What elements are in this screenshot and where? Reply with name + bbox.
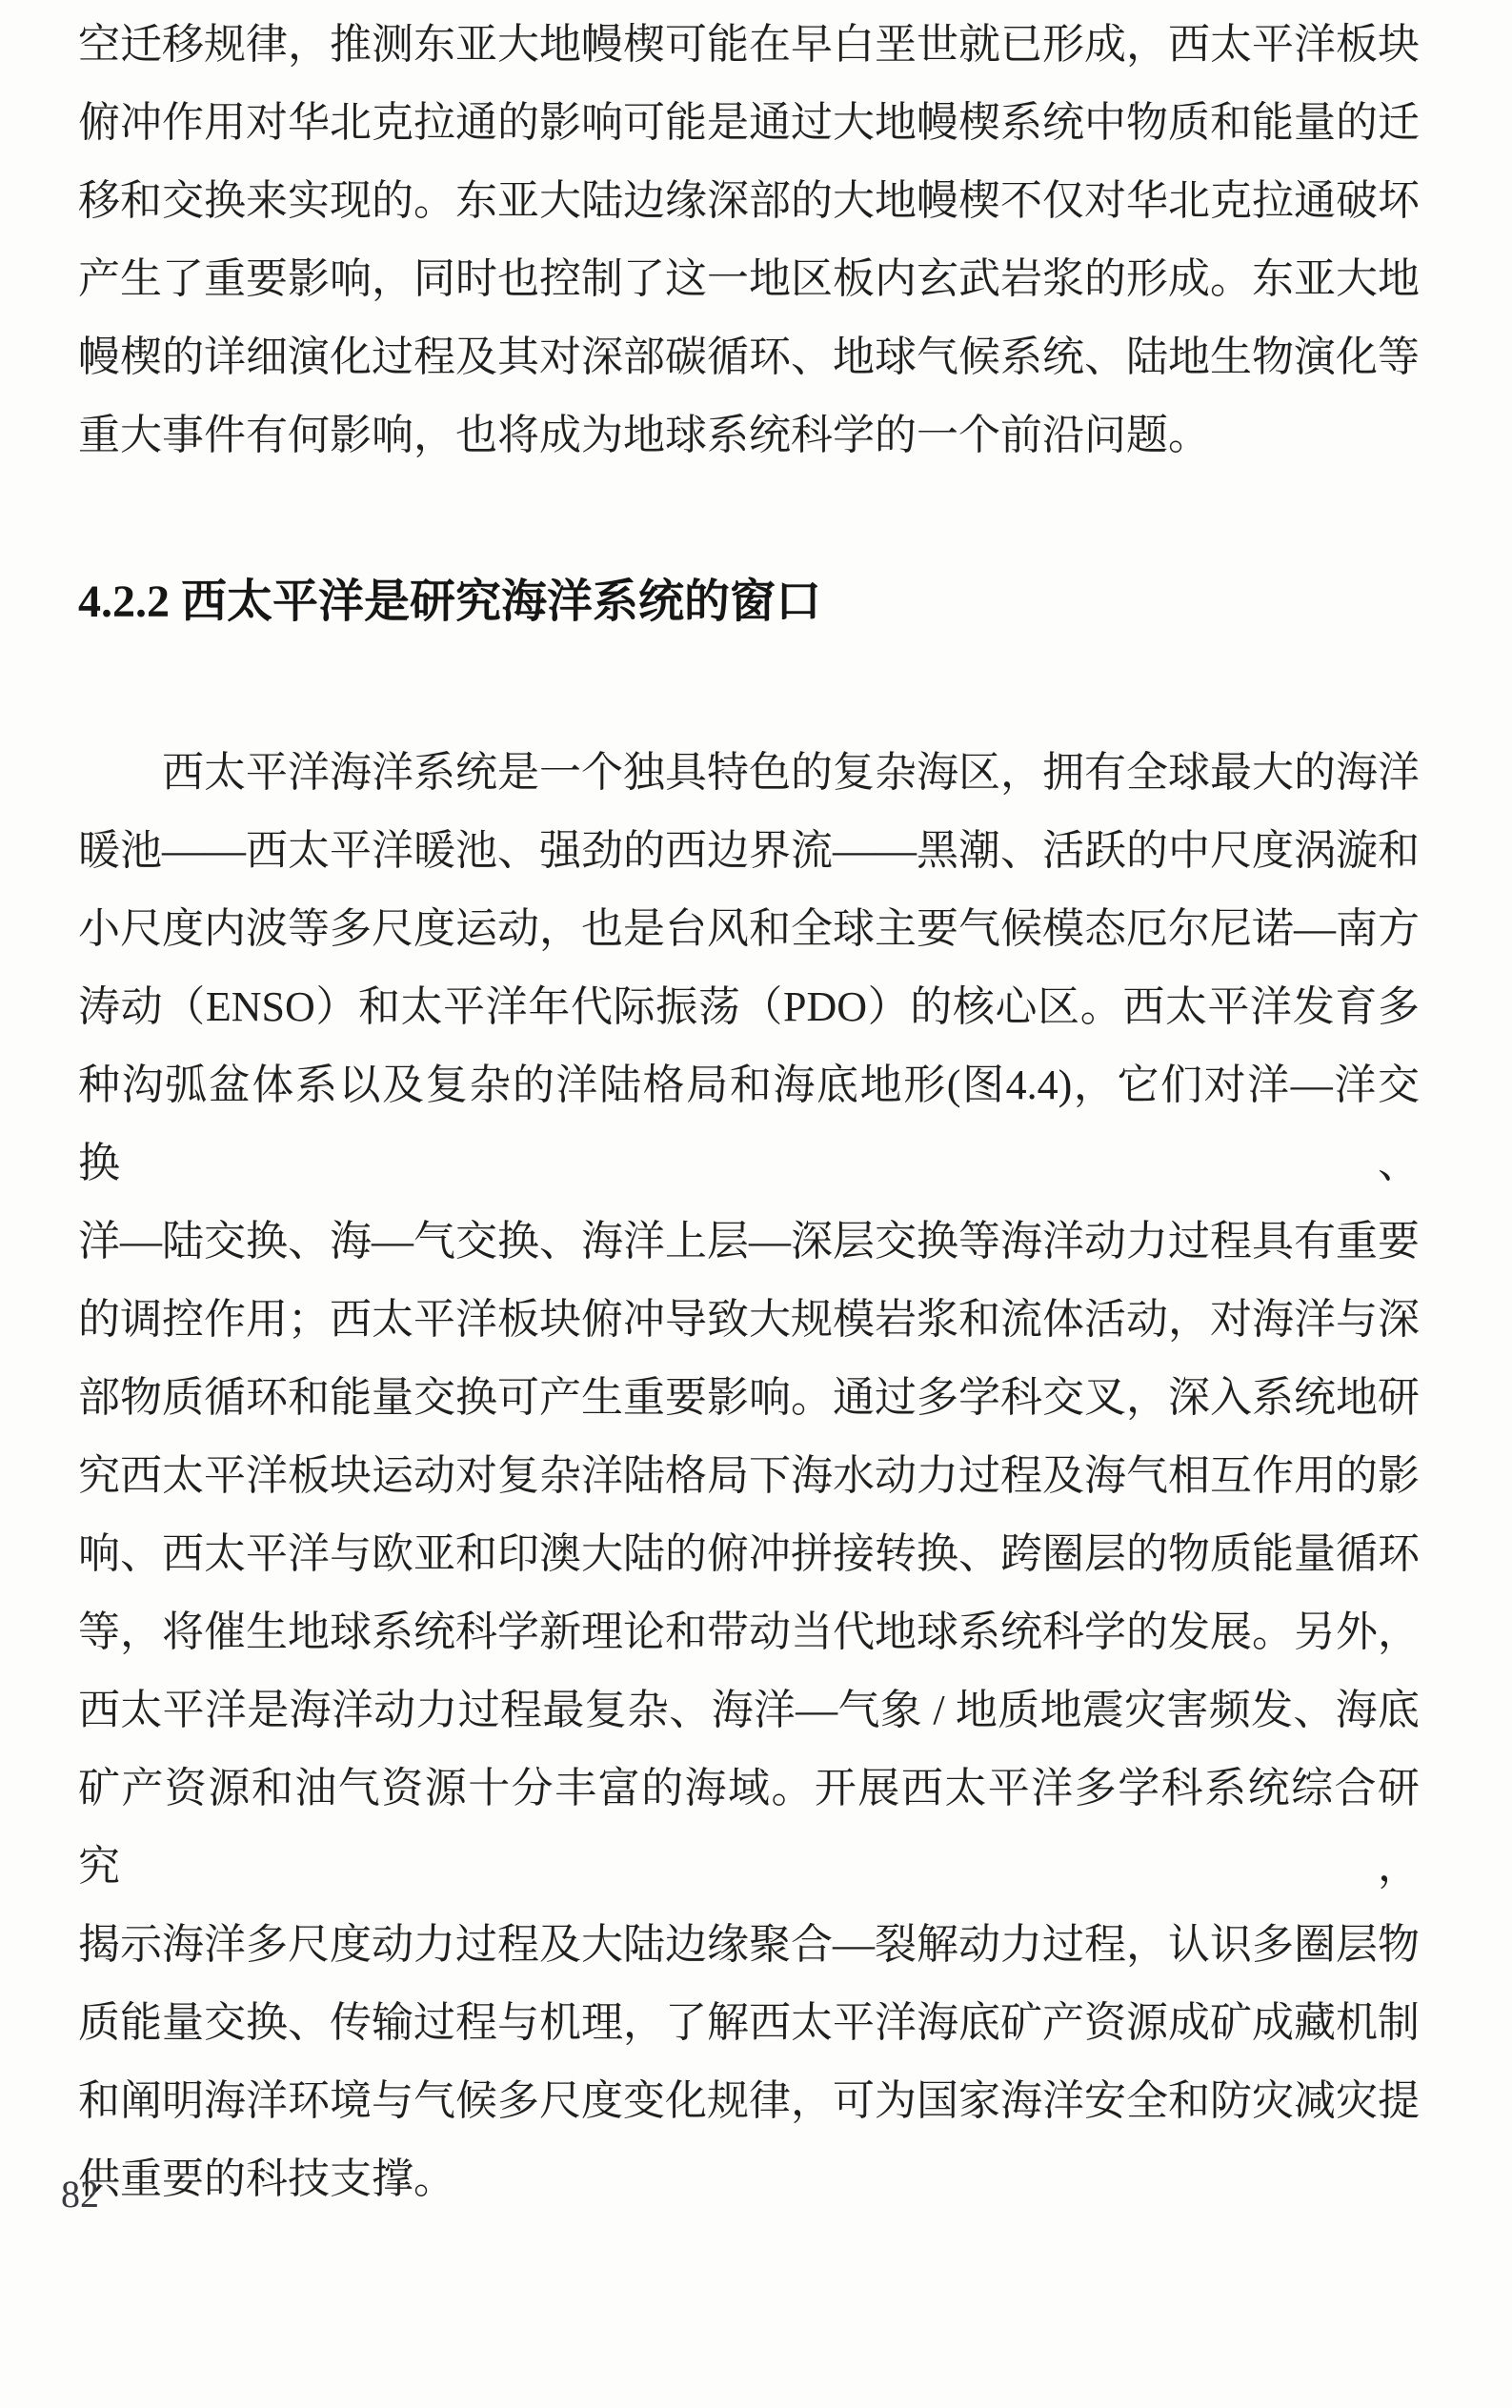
text-line: 究西太平洋板块运动对复杂洋陆格局下海水动力过程及海气相互作用的影 xyxy=(78,1437,1420,1515)
paragraph-continuation: 空迁移规律，推测东亚大地幔楔可能在早白垩世就已形成，西太平洋板块俯冲作用对华北克… xyxy=(78,6,1420,475)
text-line: 部物质循环和能量交换可产生重要影响。通过多学科交叉，深入系统地研 xyxy=(78,1359,1420,1437)
text-line: 产生了重要影响，同时也控制了这一地区板内玄武岩浆的形成。东亚大地 xyxy=(78,240,1420,318)
text-line: 揭示海洋多尺度动力过程及大陆边缘聚合—裂解动力过程，认识多圈层物 xyxy=(78,1906,1420,1984)
text-line: 和阐明海洋环境与气候多尺度变化规律，可为国家海洋安全和防灾减灾提 xyxy=(78,2062,1420,2140)
document-page: 空迁移规律，推测东亚大地幔楔可能在早白垩世就已形成，西太平洋板块俯冲作用对华北克… xyxy=(0,0,1512,2408)
section-heading: 4.2.2 西太平洋是研究海洋系统的窗口 xyxy=(78,568,1420,637)
text-line: 幔楔的详细演化过程及其对深部碳循环、地球气候系统、陆地生物演化等 xyxy=(78,318,1420,396)
text-line: 小尺度内波等多尺度运动，也是台风和全球主要气候模态厄尔尼诺—南方 xyxy=(78,890,1420,968)
text-line: 暖池——西太平洋暖池、强劲的西边界流——黑潮、活跃的中尺度涡漩和 xyxy=(78,812,1420,890)
paragraph-main: 西太平洋海洋系统是一个独具特色的复杂海区，拥有全球最大的海洋暖池——西太平洋暖池… xyxy=(78,734,1420,2218)
text-line: 响、西太平洋与欧亚和印澳大陆的俯冲拼接转换、跨圈层的物质能量循环 xyxy=(78,1515,1420,1593)
text-line: 西太平洋海洋系统是一个独具特色的复杂海区，拥有全球最大的海洋 xyxy=(78,734,1420,812)
text-line: 供重要的科技支撑。 xyxy=(78,2140,1420,2218)
page-number: 82 xyxy=(61,2171,99,2218)
text-line: 重大事件有何影响，也将成为地球系统科学的一个前沿问题。 xyxy=(78,396,1420,475)
text-line: 俯冲作用对华北克拉通的影响可能是通过大地幔楔系统中物质和能量的迁 xyxy=(78,84,1420,162)
text-line: 的调控作用；西太平洋板块俯冲导致大规模岩浆和流体活动，对海洋与深 xyxy=(78,1281,1420,1359)
text-line: 等，将催生地球系统科学新理论和带动当代地球系统科学的发展。另外， xyxy=(78,1593,1420,1671)
text-line: 涛动（ENSO）和太平洋年代际振荡（PDO）的核心区。西太平洋发育多 xyxy=(78,968,1420,1046)
text-line: 空迁移规律，推测东亚大地幔楔可能在早白垩世就已形成，西太平洋板块 xyxy=(78,6,1420,84)
text-line: 矿产资源和油气资源十分丰富的海域。开展西太平洋多学科系统综合研究， xyxy=(78,1750,1420,1906)
text-line: 西太平洋是海洋动力过程最复杂、海洋—气象 / 地质地震灾害频发、海底 xyxy=(78,1671,1420,1750)
text-line: 洋—陆交换、海—气交换、海洋上层—深层交换等海洋动力过程具有重要 xyxy=(78,1203,1420,1281)
text-line: 移和交换来实现的。东亚大陆边缘深部的大地幔楔不仅对华北克拉通破坏 xyxy=(78,162,1420,240)
text-line: 质能量交换、传输过程与机理，了解西太平洋海底矿产资源成矿成藏机制 xyxy=(78,1984,1420,2062)
text-line: 种沟弧盆体系以及复杂的洋陆格局和海底地形(图4.4)，它们对洋—洋交换、 xyxy=(78,1046,1420,1203)
